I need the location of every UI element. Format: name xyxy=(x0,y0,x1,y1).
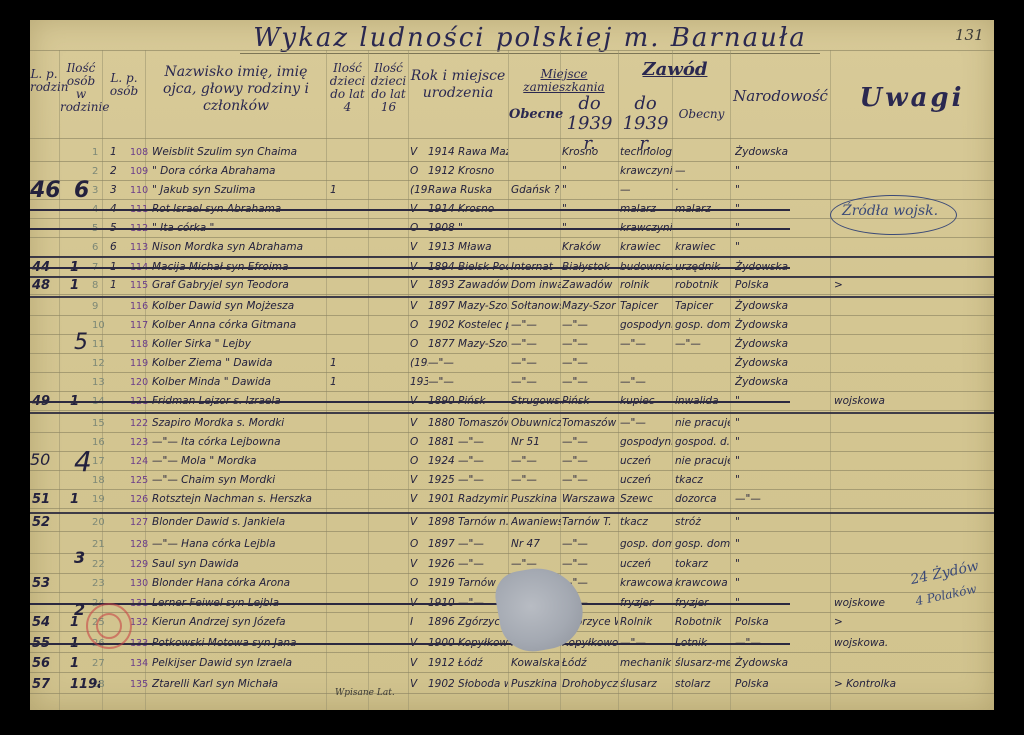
table-row: 9116Kolber Dawid syn MojżeszaV1897 Mazy-… xyxy=(30,297,994,316)
cell-name: Blonder Dawid s. Jankiela xyxy=(152,515,324,530)
cell-seq: 23 xyxy=(92,576,104,591)
cell-mark: O xyxy=(410,454,428,469)
cell-nat: " xyxy=(735,473,827,488)
strikethrough-line xyxy=(30,603,790,605)
cell-mark: V xyxy=(410,299,428,314)
cell-reg: 115 xyxy=(130,278,148,293)
cell-reg: 122 xyxy=(130,416,148,431)
cell-occ39: Szewc xyxy=(620,492,672,507)
cell-family-no: 53 xyxy=(32,576,58,591)
cell-birth: 1902 Słoboda w. Stanisł. xyxy=(428,677,508,692)
cell-name: Kolber Dawid syn Mojżesza xyxy=(152,299,324,314)
header-residence-group: Miejsce zamieszkania xyxy=(509,68,619,94)
cell-reg: 109 xyxy=(130,164,148,179)
cell-c4: 1 xyxy=(330,375,360,390)
cell-occ: nie pracuje xyxy=(675,454,730,469)
cell-occ39: Rolnik xyxy=(620,615,672,630)
cell-family-size: 1 xyxy=(70,492,100,507)
header-residence-current: Obecne xyxy=(509,108,560,121)
cell-res39: Łódź xyxy=(562,656,618,671)
cell-p: 3 xyxy=(110,183,124,198)
cell-seq: 21 xyxy=(92,537,104,552)
cell-family-no: 51 xyxy=(32,492,58,507)
strikethrough-line xyxy=(30,209,790,211)
table-row: 17124—"— Mola " MordkaO1924 —"——"——"—ucz… xyxy=(30,452,994,471)
cell-nat: " xyxy=(735,164,827,179)
cell-res39: Tomaszów L. xyxy=(562,416,618,431)
cell-reg: 123 xyxy=(130,435,148,450)
cell-cur: Nr 47 xyxy=(511,537,561,552)
cell-mark: O xyxy=(410,318,428,333)
cell-cur: —"— xyxy=(511,375,561,390)
cell-nat: " xyxy=(735,240,827,255)
family-separator-line xyxy=(30,276,994,278)
cell-cur: Sołtanowskie xyxy=(511,299,561,314)
cell-name: Blonder Hana córka Arona xyxy=(152,576,324,591)
cell-birth: 1880 Tomaszów Lub. xyxy=(428,416,508,431)
cell-birth: 1913 Mława xyxy=(428,240,508,255)
cell-family-no: 57 xyxy=(32,677,58,692)
cell-name: Saul syn Dawida xyxy=(152,557,324,572)
cell-c4: 1 xyxy=(330,183,360,198)
cell-occ: robotnik xyxy=(675,278,730,293)
family-size-3: 3 xyxy=(74,548,85,567)
cell-reg: 130 xyxy=(130,576,148,591)
cell-occ: tkacz xyxy=(675,473,730,488)
cell-occ39: tkacz xyxy=(620,515,672,530)
cell-occ39: uczeń xyxy=(620,557,672,572)
cell-note: > xyxy=(834,278,984,293)
cell-mark: O xyxy=(410,164,428,179)
header-children-under-4: Ilość dzieci do lat 4 xyxy=(327,62,368,114)
cell-p: 1 xyxy=(110,145,124,160)
cell-cur: —"— xyxy=(511,473,561,488)
cell-reg: 110 xyxy=(130,183,148,198)
cell-name: Nison Mordka syn Abrahama xyxy=(152,240,324,255)
cell-occ39: uczeń xyxy=(620,473,672,488)
cell-res39: —"— xyxy=(562,557,618,572)
cell-res39: —"— xyxy=(562,537,618,552)
cell-note: > xyxy=(834,615,984,630)
family-size-2: 2 xyxy=(74,600,85,619)
cell-reg: 129 xyxy=(130,557,148,572)
cell-occ39: gospodyni xyxy=(620,435,672,450)
cell-birth: 1901 Radzymin xyxy=(428,492,508,507)
row-divider xyxy=(30,294,994,295)
cell-reg: 117 xyxy=(130,318,148,333)
cell-res39: —"— xyxy=(562,337,618,352)
family-number-46: 46 xyxy=(30,178,61,203)
cell-birth: —"— xyxy=(428,375,508,390)
cell-name: —"— Mola " Mordka xyxy=(152,454,324,469)
table-row: 20127Blonder Dawid s. JankielaV1898 Tarn… xyxy=(30,513,994,532)
cell-name: Ztarelli Karl syn Michała xyxy=(152,677,324,692)
header-children-under-16: Ilość dzieci do lat 16 xyxy=(369,62,408,114)
cell-occ: gospod. d. xyxy=(675,435,730,450)
cell-res39: Drohobycz xyxy=(562,677,618,692)
cell-reg: 116 xyxy=(130,299,148,314)
cell-res39: " xyxy=(562,183,618,198)
cell-occ: krawiec xyxy=(675,240,730,255)
family-number-50: 50 xyxy=(30,450,50,469)
cell-name: Kierun Andrzej syn Józefa xyxy=(152,615,324,630)
cell-p: 2 xyxy=(110,164,124,179)
cell-mark: V xyxy=(410,416,428,431)
header-persons-in-family: Ilość osób w rodzinie xyxy=(60,62,102,114)
cell-birth: 1926 —"— xyxy=(428,557,508,572)
cell-mark: V xyxy=(410,145,428,160)
cell-nat: Żydowska xyxy=(735,299,827,314)
cell-name: " Jakub syn Szulima xyxy=(152,183,324,198)
cell-seq: 1 xyxy=(92,145,104,160)
family-separator-line xyxy=(30,512,994,514)
strikethrough-line xyxy=(30,228,790,230)
cell-occ39: uczeń xyxy=(620,454,672,469)
cell-cur: —"— xyxy=(511,454,561,469)
header-family-no: L. p. rodzin xyxy=(30,68,58,94)
header-person-no: L. p. osób xyxy=(103,72,145,98)
cell-cur: Gdańsk ? xyxy=(511,183,561,198)
cell-nat: Żydowska xyxy=(735,656,827,671)
cell-name: —"— Chaim syn Mordki xyxy=(152,473,324,488)
cell-c4: 1 xyxy=(330,356,360,371)
cell-reg: 128 xyxy=(130,537,148,552)
table-row: 14121Fridman Lejzor s. IzraelaV1890 Pińs… xyxy=(30,392,994,411)
cell-nat: Żydowska xyxy=(735,145,827,160)
table-row: 19126Rotsztejn Nachman s. HerszkaV1901 R… xyxy=(30,490,994,509)
row-divider xyxy=(30,672,994,673)
cell-nat: Żydowska xyxy=(735,318,827,333)
cell-occ: krawcowa xyxy=(675,576,730,591)
cell-birth: 1881 —"— xyxy=(428,435,508,450)
cell-seq: 3 xyxy=(92,183,104,198)
cell-nat: Polska xyxy=(735,677,827,692)
cell-family-no: 52 xyxy=(32,515,58,530)
table-row: 21128—"— Hana córka LejblaO1897 —"—Nr 47… xyxy=(30,535,994,554)
cell-seq: 13 xyxy=(92,375,104,390)
cell-cur: Puszkina 60 xyxy=(511,492,561,507)
header-birth: Rok i miejsce urodzenia xyxy=(410,68,506,102)
cell-res39: Mazy-Szor xyxy=(562,299,618,314)
cell-cur: —"— xyxy=(511,318,561,333)
table-row: 22109" Dora córka AbrahamaO1912 Krosno"k… xyxy=(30,162,994,181)
cell-note: > Kontrolka xyxy=(834,677,984,692)
header-nationality: Narodowość xyxy=(731,90,830,103)
cell-occ: stolarz xyxy=(675,677,730,692)
cell-res39: Zawadów xyxy=(562,278,618,293)
cell-reg: 127 xyxy=(130,515,148,530)
cell-occ39: technolog wyrobów xyxy=(620,145,672,160)
header-occupation-current: Obecny xyxy=(673,108,730,121)
cell-birth: 1897 Mazy-Szor xyxy=(428,299,508,314)
cell-cur: Kowalska 1 xyxy=(511,656,561,671)
cell-occ: Tapicer xyxy=(675,299,730,314)
cell-birth: 1914 Rawa Mazow. xyxy=(428,145,508,160)
cell-reg: 132 xyxy=(130,615,148,630)
table-row: 15122Szapiro Mordka s. MordkiV1880 Tomas… xyxy=(30,414,994,433)
family-separator-line xyxy=(30,296,994,298)
cell-name: Kolber Minda " Dawida xyxy=(152,375,324,390)
cell-occ39: —"— xyxy=(620,375,672,390)
cell-res39: Tarnów T. xyxy=(562,515,618,530)
cell-occ39: gospodyni xyxy=(620,318,672,333)
cell-cur: —"— xyxy=(511,356,561,371)
oval-note: Źródła wojsk. xyxy=(842,203,938,219)
family-size-5: 5 xyxy=(74,330,88,355)
cell-birth: 1877 Mazy-Szor xyxy=(428,337,508,352)
cell-birth: 1897 —"— xyxy=(428,537,508,552)
cell-nat: Żydowska xyxy=(735,356,827,371)
table-row: 13120Kolber Minda " Dawida11930—"——"——"—… xyxy=(30,373,994,392)
row-divider xyxy=(30,693,994,694)
cell-nat: Polska xyxy=(735,615,827,630)
cell-res39: —"— xyxy=(562,473,618,488)
table-row: 16123—"— Ita córka LejbownaO1881 —"—Nr 5… xyxy=(30,433,994,452)
page-number: 131 xyxy=(955,26,984,44)
cell-birth: 1912 Łódź xyxy=(428,656,508,671)
cell-mark: O xyxy=(410,435,428,450)
cell-birth: 1902 Kostelec p. M. Szor xyxy=(428,318,508,333)
cell-nat: " xyxy=(735,435,827,450)
cell-occ: ślusarz-mech. xyxy=(675,656,730,671)
cell-birth: 1896 Zgórzyce Wlkr. xyxy=(428,615,508,630)
cell-nat: —"— xyxy=(735,492,827,507)
cell-mark: I xyxy=(410,615,428,630)
cell-name: Koller Sirka " Lejby xyxy=(152,337,324,352)
table-row: 22129Saul syn DawidaV1926 —"——"——"—uczeń… xyxy=(30,555,994,574)
cell-mark: V xyxy=(410,278,428,293)
cell-occ: gosp. dom. xyxy=(675,537,730,552)
family-separator-line xyxy=(30,256,994,258)
cell-mark: O xyxy=(410,576,428,591)
family-size-6: 6 xyxy=(74,178,89,203)
cell-occ39: — xyxy=(620,183,672,198)
family-separator-line xyxy=(30,412,994,414)
cell-occ: tokarz xyxy=(675,557,730,572)
cell-res39: —"— xyxy=(562,454,618,469)
cell-reg: 119 xyxy=(130,356,148,371)
cell-mark: V xyxy=(410,473,428,488)
cell-nat: Żydowska xyxy=(735,337,827,352)
cell-cur: Awaniewskaja xyxy=(511,515,561,530)
cell-nat: Żydowska xyxy=(735,375,827,390)
strikethrough-line xyxy=(30,267,790,269)
cell-nat: " xyxy=(735,416,827,431)
cell-occ39: krawczyni xyxy=(620,164,672,179)
table-row: 11118Koller Sirka " LejbyO1877 Mazy-Szor… xyxy=(30,335,994,354)
cell-mark: O xyxy=(410,537,428,552)
cell-occ39: Tapicer xyxy=(620,299,672,314)
table-row: 10117Kolber Anna córka GitmanaO1902 Kost… xyxy=(30,316,994,335)
cell-seq: 11 xyxy=(92,337,104,352)
cell-nat: " xyxy=(735,183,827,198)
cell-reg: 118 xyxy=(130,337,148,352)
cell-occ39: rolnik xyxy=(620,278,672,293)
cell-birth: Rawa Ruska xyxy=(428,183,508,198)
cell-name: Weisblit Szulim syn Chaima xyxy=(152,145,324,160)
cell-mark: V xyxy=(410,557,428,572)
cell-mark: V xyxy=(410,492,428,507)
table-row: 27134Pelkijser Dawid syn IzraelaV1912 Łó… xyxy=(30,654,994,673)
signature-note: Wpisane Lat. xyxy=(335,688,395,698)
row-divider xyxy=(30,410,994,411)
cell-family-size: 119a xyxy=(70,677,100,692)
cell-p: 6 xyxy=(110,240,124,255)
cell-cur: —"— xyxy=(511,337,561,352)
cell-res39: —"— xyxy=(562,356,618,371)
cell-reg: 124 xyxy=(130,454,148,469)
cell-reg: 134 xyxy=(130,656,148,671)
cell-family-no: 48 xyxy=(32,278,58,293)
cell-mark: O xyxy=(410,337,428,352)
table-row: 81115Graf Gabryjel syn TeodoraV1893 Zawa… xyxy=(30,276,994,295)
cell-cur: Nr 51 xyxy=(511,435,561,450)
row-divider xyxy=(30,553,994,554)
cell-nat: " xyxy=(735,557,827,572)
cell-reg: 113 xyxy=(130,240,148,255)
cell-family-size: 1 xyxy=(70,656,100,671)
cell-occ: gosp. dom. xyxy=(675,318,730,333)
cell-mark: (1938) xyxy=(410,356,428,371)
cell-nat: " xyxy=(735,537,827,552)
cell-birth: 1924 —"— xyxy=(428,454,508,469)
cell-name: Rotsztejn Nachman s. Herszka xyxy=(152,492,324,507)
cell-res39: —"— xyxy=(562,375,618,390)
cell-occ: —"— xyxy=(675,337,730,352)
cell-res39: " xyxy=(562,164,618,179)
cell-mark: V xyxy=(410,240,428,255)
cell-reg: 135 xyxy=(130,677,148,692)
table-row: 18125—"— Chaim syn MordkiV1925 —"——"——"—… xyxy=(30,471,994,490)
cell-birth: 1925 —"— xyxy=(428,473,508,488)
cell-name: Szapiro Mordka s. Mordki xyxy=(152,416,324,431)
cell-occ: dozorca xyxy=(675,492,730,507)
cell-family-no: 56 xyxy=(32,656,58,671)
cell-name: Kolber Ziema " Dawida xyxy=(152,356,324,371)
cell-res39: Warszawa xyxy=(562,492,618,507)
strikethrough-line xyxy=(30,401,790,403)
table-row: 71114Macija Michał syn EfroimaV1894 Biel… xyxy=(30,258,994,277)
cell-reg: 125 xyxy=(130,473,148,488)
cell-occ39: mechanik xyxy=(620,656,672,671)
header-bottom-line xyxy=(30,138,994,139)
table-row: 33110" Jakub syn Szulima1(1939)Rawa Rusk… xyxy=(30,181,994,200)
cell-seq: 18 xyxy=(92,473,104,488)
cell-mark: V xyxy=(410,656,428,671)
header-remarks: Uwagi xyxy=(830,84,994,112)
cell-nat: " xyxy=(735,454,827,469)
cell-mark: (1939) xyxy=(410,183,428,198)
cell-occ39: krawiec xyxy=(620,240,672,255)
table-row: 12119Kolber Ziema " Dawida1(1938)—"——"——… xyxy=(30,354,994,373)
cell-reg: 108 xyxy=(130,145,148,160)
table-row: 66113Nison Mordka syn AbrahamaV1913 Mław… xyxy=(30,238,994,257)
row-divider xyxy=(30,531,994,532)
cell-seq: 15 xyxy=(92,416,104,431)
cell-nat: " xyxy=(735,576,827,591)
cell-birth: 1893 Zawadów p. Jaworów xyxy=(428,278,508,293)
cell-note: wojskowa. xyxy=(834,636,984,651)
cell-reg: 126 xyxy=(130,492,148,507)
cell-birth: 1898 Tarnów n. Tom. xyxy=(428,515,508,530)
table-row: 28135Ztarelli Karl syn MichałaV1902 Słob… xyxy=(30,675,994,694)
cell-seq: 9 xyxy=(92,299,104,314)
family-size-4: 4 xyxy=(74,445,92,478)
cell-mark: V xyxy=(410,677,428,692)
cell-p: 1 xyxy=(110,278,124,293)
cell-occ39: —"— xyxy=(620,416,672,431)
cell-mark: V xyxy=(410,515,428,530)
cell-seq: 17 xyxy=(92,454,104,469)
cell-occ39: ślusarz xyxy=(620,677,672,692)
cell-res39: —"— xyxy=(562,318,618,333)
header-top-line xyxy=(30,50,994,51)
cell-res39: —"— xyxy=(562,435,618,450)
cell-seq: 10 xyxy=(92,318,104,333)
cell-seq: 16 xyxy=(92,435,104,450)
cell-cur: Puszkina 18 xyxy=(511,677,561,692)
cell-nat: Polska xyxy=(735,278,827,293)
cell-family-size: 1 xyxy=(70,278,100,293)
cell-name: Kolber Anna córka Gitmana xyxy=(152,318,324,333)
cell-seq: 6 xyxy=(92,240,104,255)
cell-birth: 1912 Krosno xyxy=(428,164,508,179)
cell-res39: Krosno xyxy=(562,145,618,160)
cell-seq: 22 xyxy=(92,557,104,572)
cell-occ39: gosp. domowa xyxy=(620,537,672,552)
cell-occ: · xyxy=(675,183,730,198)
cell-seq: 12 xyxy=(92,356,104,371)
row-divider xyxy=(30,508,994,509)
cell-name: Pelkijser Dawid syn Izraela xyxy=(152,656,324,671)
cell-family-no: 54 xyxy=(32,615,58,630)
cell-reg: 120 xyxy=(130,375,148,390)
cell-occ: — xyxy=(675,164,730,179)
cell-occ39: —"— xyxy=(620,337,672,352)
cell-name: —"— Ita córka Lejbowna xyxy=(152,435,324,450)
cell-cur: Obuwnicza xyxy=(511,416,561,431)
cell-name: Graf Gabryjel syn Teodora xyxy=(152,278,324,293)
cell-seq: 20 xyxy=(92,515,104,530)
cell-name: —"— Hana córka Lejbla xyxy=(152,537,324,552)
header-name: Nazwisko imię, imię ojca, głowy rodziny … xyxy=(148,64,324,115)
official-stamp-inner xyxy=(96,613,122,639)
cell-occ: stróż xyxy=(675,515,730,530)
cell-cur: Dom inwal. xyxy=(511,278,561,293)
cell-seq: 2 xyxy=(92,164,104,179)
cell-mark: 1930 xyxy=(410,375,428,390)
header-occupation-group: Zawód xyxy=(620,60,730,80)
cell-name: " Dora córka Abrahama xyxy=(152,164,324,179)
cell-occ39: krawcowa xyxy=(620,576,672,591)
strikethrough-line xyxy=(30,643,790,645)
table-row: 11108Weisblit Szulim syn ChaimaV1914 Raw… xyxy=(30,143,994,162)
cell-res39: Kraków xyxy=(562,240,618,255)
cell-note: wojskowa xyxy=(834,394,984,409)
cell-nat: " xyxy=(735,515,827,530)
cell-birth: —"— xyxy=(428,356,508,371)
cell-occ: Robotnik xyxy=(675,615,730,630)
cell-occ: nie pracuje xyxy=(675,416,730,431)
ledger-page: Wykaz ludności polskiej m. Barnauła 131 … xyxy=(30,20,994,710)
row-divider xyxy=(30,652,994,653)
